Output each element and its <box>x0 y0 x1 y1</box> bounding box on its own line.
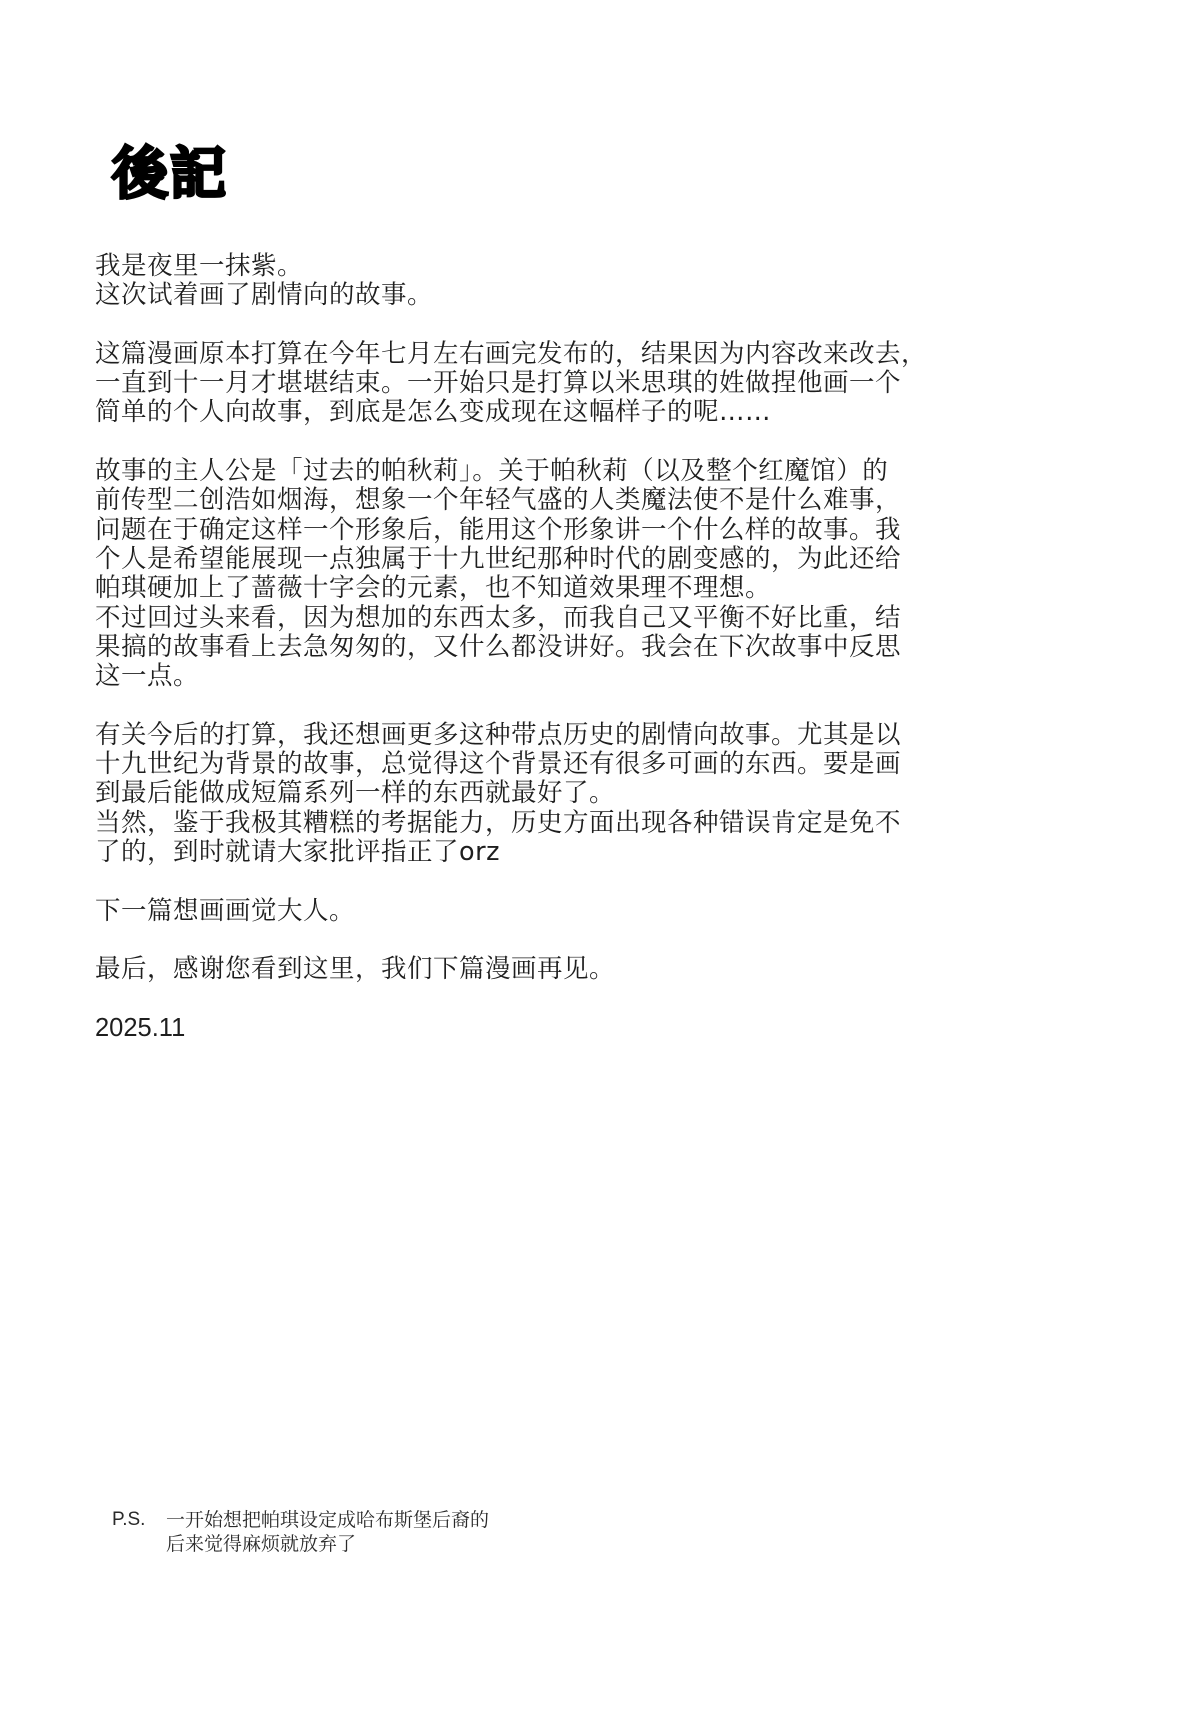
postscript: P.S. 一开始想把帕琪设定成哈布斯堡后裔的 后来觉得麻烦就放弃了 <box>112 1508 489 1556</box>
text-line: 我是夜里一抹紫。 <box>95 252 1075 281</box>
text-line: 问题在于确定这样一个形象后，能用这个形象讲一个什么样的故事。我 <box>95 516 1075 545</box>
text-line: 这次试着画了剧情向的故事。 <box>95 281 1075 310</box>
text-line: 这篇漫画原本打算在今年七月左右画完发布的，结果因为内容改来改去， <box>95 340 1075 369</box>
paragraph-plans: 有关今后的打算，我还想画更多这种带点历史的剧情向故事。尤其是以 十九世纪为背景的… <box>95 721 1075 867</box>
text-line: 了的，到时就请大家批评指正了orz <box>95 838 1075 867</box>
text-line: 一开始想把帕琪设定成哈布斯堡后裔的 <box>166 1508 489 1532</box>
paragraph-thanks: 最后，感谢您看到这里，我们下篇漫画再见。 <box>95 955 1075 984</box>
text-line: 下一篇想画画觉大人。 <box>95 897 1075 926</box>
text-line: 这一点。 <box>95 662 1075 691</box>
text-line: 后来觉得麻烦就放弃了 <box>166 1532 489 1556</box>
text-line: 最后，感谢您看到这里，我们下篇漫画再见。 <box>95 955 1075 984</box>
paragraph-story: 故事的主人公是「过去的帕秋莉」。关于帕秋莉（以及整个红魔馆）的 前传型二创浩如烟… <box>95 457 1075 691</box>
text-line: 到最后能做成短篇系列一样的东西就最好了。 <box>95 779 1075 808</box>
text-line: 故事的主人公是「过去的帕秋莉」。关于帕秋莉（以及整个红魔馆）的 <box>95 457 1075 486</box>
text-line: 果搞的故事看上去急匆匆的，又什么都没讲好。我会在下次故事中反思 <box>95 633 1075 662</box>
text-line: 有关今后的打算，我还想画更多这种带点历史的剧情向故事。尤其是以 <box>95 721 1075 750</box>
text-line: 帕琪硬加上了蔷薇十字会的元素，也不知道效果理不理想。 <box>95 574 1075 603</box>
paragraph-intro: 我是夜里一抹紫。 这次试着画了剧情向的故事。 <box>95 252 1075 311</box>
afterword-page: 後記 我是夜里一抹紫。 这次试着画了剧情向的故事。 这篇漫画原本打算在今年七月左… <box>0 0 1200 1710</box>
afterword-body: 我是夜里一抹紫。 这次试着画了剧情向的故事。 这篇漫画原本打算在今年七月左右画完… <box>95 252 1075 1072</box>
paragraph-next: 下一篇想画画觉大人。 <box>95 897 1075 926</box>
text-line: 不过回过头来看，因为想加的东西太多，而我自己又平衡不好比重，结 <box>95 604 1075 633</box>
page-title: 後記 <box>112 140 228 210</box>
postscript-label: P.S. <box>112 1508 160 1532</box>
postscript-text: 一开始想把帕琪设定成哈布斯堡后裔的 后来觉得麻烦就放弃了 <box>166 1508 489 1556</box>
text-line: 十九世纪为背景的故事，总觉得这个背景还有很多可画的东西。要是画 <box>95 750 1075 779</box>
paragraph-schedule: 这篇漫画原本打算在今年七月左右画完发布的，结果因为内容改来改去， 一直到十一月才… <box>95 340 1075 428</box>
paragraph-date: 2025.11 <box>95 1014 1075 1043</box>
text-line: 前传型二创浩如烟海，想象一个年轻气盛的人类魔法使不是什么难事， <box>95 486 1075 515</box>
text-line: 简单的个人向故事，到底是怎么变成现在这幅样子的呢…… <box>95 398 1075 427</box>
date-stamp: 2025.11 <box>95 1014 1075 1043</box>
text-line: 当然，鉴于我极其糟糕的考据能力，历史方面出现各种错误肯定是免不 <box>95 809 1075 838</box>
text-line: 个人是希望能展现一点独属于十九世纪那种时代的剧变感的，为此还给 <box>95 545 1075 574</box>
text-line: 一直到十一月才堪堪结束。一开始只是打算以米思琪的姓做捏他画一个 <box>95 369 1075 398</box>
